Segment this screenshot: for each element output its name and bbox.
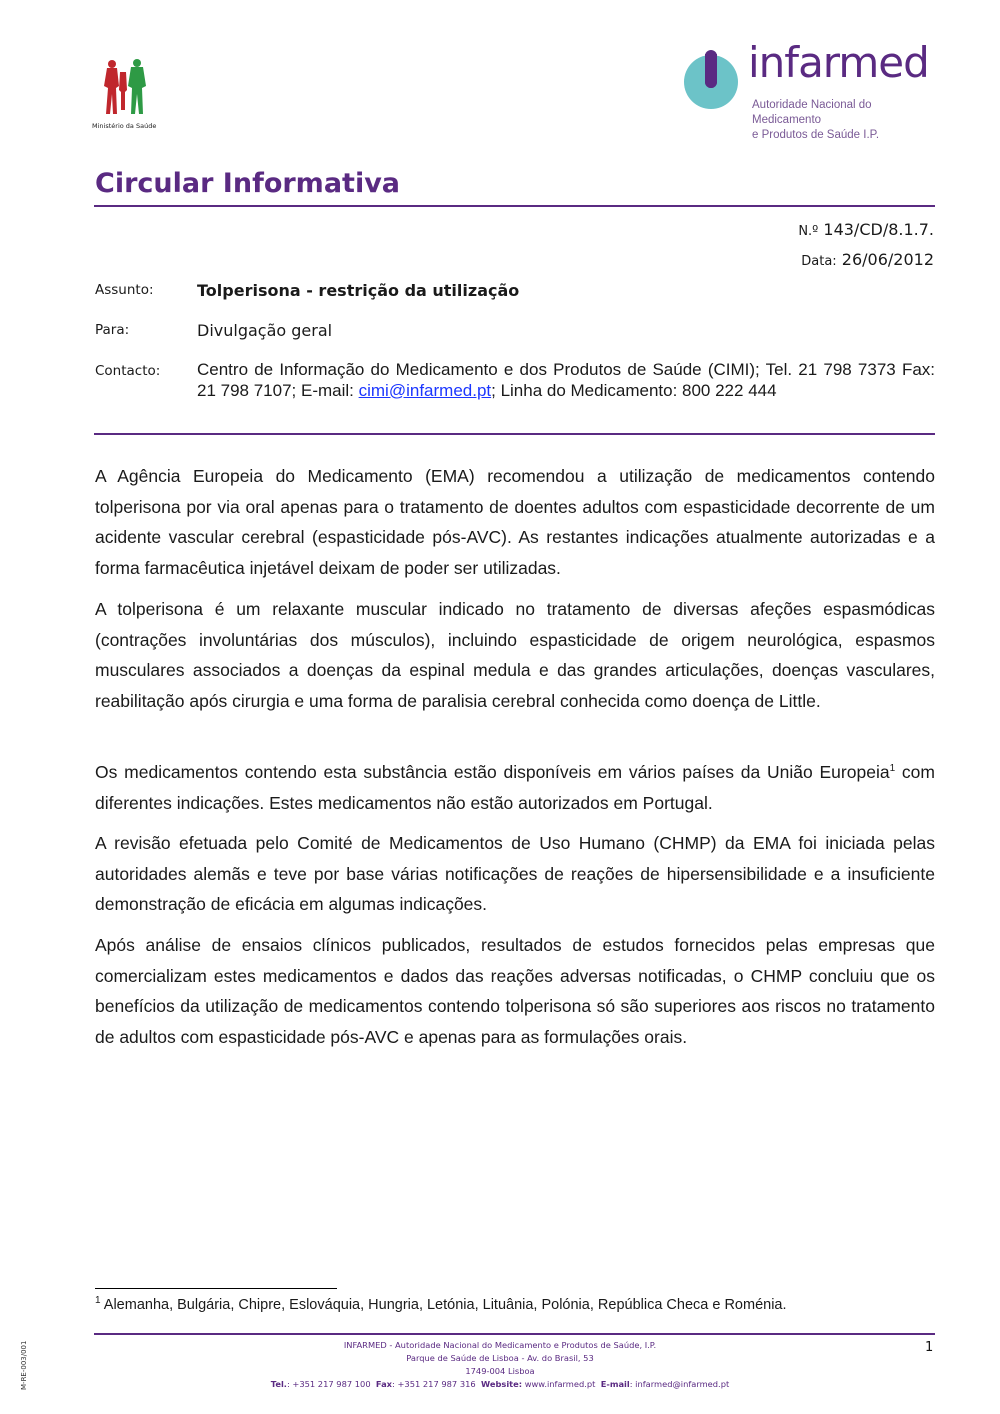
contact-label: Contacto: xyxy=(95,363,160,379)
footer-contacts: Tel.: +351 217 987 100 Fax: +351 217 987… xyxy=(0,1379,1000,1389)
infarmed-logo: infarmed Autoridade Nacional do Medicame… xyxy=(678,44,938,134)
footnote-divider xyxy=(95,1288,337,1289)
paragraph-2: A tolperisona é um relaxante muscular in… xyxy=(95,594,935,716)
infarmed-subtitle-line1: Autoridade Nacional do Medicamento xyxy=(752,98,938,128)
document-date: Data: 26/06/2012 xyxy=(801,250,934,269)
paragraph-1: A Agência Europeia do Medicamento (EMA) … xyxy=(95,461,935,583)
subject-value: Tolperisona - restrição da utilização xyxy=(197,281,519,300)
ministry-caption: Ministério da Saúde xyxy=(92,122,156,130)
footer-fax-label: Fax xyxy=(376,1379,392,1389)
paragraph-3: Os medicamentos contendo esta substância… xyxy=(95,757,935,818)
infarmed-mark-icon xyxy=(680,46,742,110)
document-title: Circular Informativa xyxy=(95,168,400,199)
footer-fax: : +351 217 987 316 xyxy=(392,1379,476,1389)
contact-text-tail: ; Linha do Medicamento: 800 222 444 xyxy=(491,381,776,400)
footer-website-link[interactable]: www.infarmed.pt xyxy=(522,1379,595,1389)
reference-label: N.º xyxy=(798,224,818,239)
footer-divider xyxy=(94,1333,935,1335)
footer-email-label: E-mail xyxy=(601,1379,630,1389)
footer-website-label: Website: xyxy=(481,1379,522,1389)
infarmed-subtitle: Autoridade Nacional do Medicamento e Pro… xyxy=(752,98,938,143)
to-label: Para: xyxy=(95,322,129,338)
form-code: M-RE-003/001 xyxy=(20,1341,28,1390)
date-value: 26/06/2012 xyxy=(842,250,934,269)
paragraph-5: Após análise de ensaios clínicos publica… xyxy=(95,930,935,1052)
footer-address: Parque de Saúde de Lisboa - Av. do Brasi… xyxy=(0,1353,1000,1363)
paragraph-4: A revisão efetuada pelo Comité de Medica… xyxy=(95,828,935,920)
footer-tel-label: Tel. xyxy=(271,1379,287,1389)
footer-email-link[interactable]: : infarmed@infarmed.pt xyxy=(630,1379,729,1389)
contact-email-link[interactable]: cimi@infarmed.pt xyxy=(359,381,492,400)
to-value: Divulgação geral xyxy=(197,321,332,340)
footnote: 1 Alemanha, Bulgária, Chipre, Eslováquia… xyxy=(95,1297,787,1313)
header-divider xyxy=(94,433,935,435)
footer-postcode: 1749-004 Lisboa xyxy=(0,1366,1000,1376)
reference-number: N.º 143/CD/8.1.7. xyxy=(798,220,934,239)
footer-tel: : +351 217 987 100 xyxy=(287,1379,371,1389)
date-label: Data: xyxy=(801,254,836,269)
ministerio-da-saude-logo: Ministério da Saúde xyxy=(92,56,162,136)
footer-org-name: INFARMED - Autoridade Nacional do Medica… xyxy=(0,1340,1000,1350)
contact-value: Centro de Informação do Medicamento e do… xyxy=(197,360,935,401)
subject-label: Assunto: xyxy=(95,282,154,298)
title-divider xyxy=(94,205,935,207)
infarmed-subtitle-line2: e Produtos de Saúde I.P. xyxy=(752,128,938,143)
human-figures-icon xyxy=(100,58,150,116)
reference-value: 143/CD/8.1.7. xyxy=(823,220,934,239)
page-number: 1 xyxy=(925,1340,933,1355)
infarmed-wordmark: infarmed xyxy=(748,38,929,87)
paragraph-3-text: Os medicamentos contendo esta substância… xyxy=(95,762,890,782)
footnote-text: Alemanha, Bulgária, Chipre, Eslováquia, … xyxy=(101,1297,787,1313)
